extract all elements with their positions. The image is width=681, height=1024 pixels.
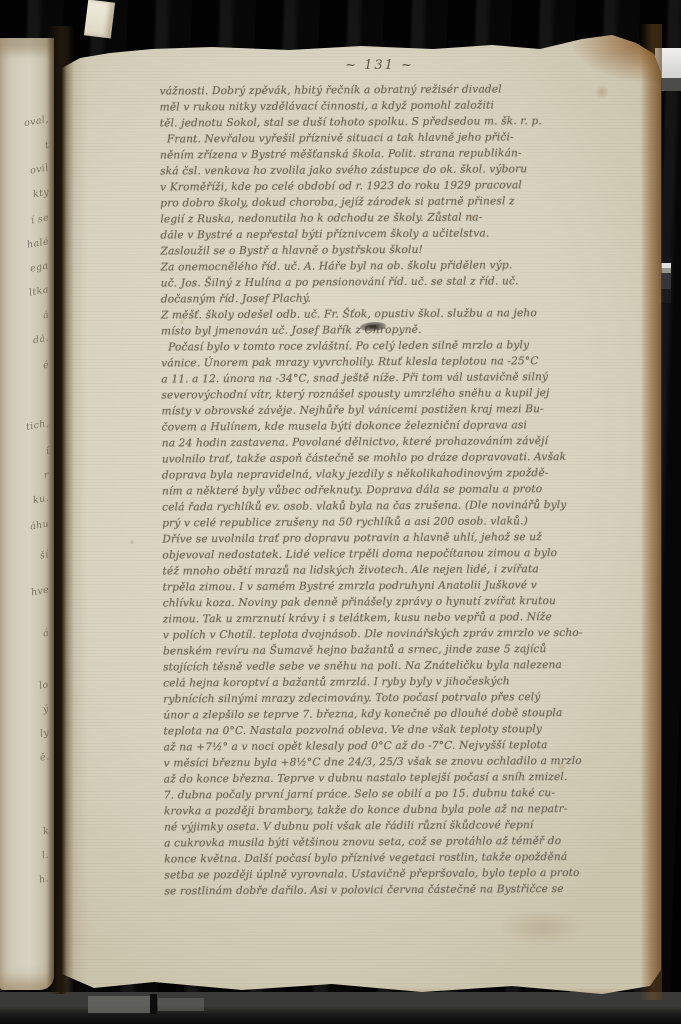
tape-piece xyxy=(158,998,204,1011)
margin-fragment: oval, xyxy=(23,114,49,129)
margin-fragment: í xyxy=(45,446,50,457)
margin-fragment: í se xyxy=(30,213,50,227)
page-number: ~ 131 ~ xyxy=(62,58,661,73)
tape-gap xyxy=(150,994,157,1014)
margin-fragment: ovil xyxy=(29,162,49,176)
margin-fragment: hve xyxy=(30,584,50,598)
margin-fragment: ltka xyxy=(28,284,49,298)
margin-fragment: kty xyxy=(32,187,50,201)
margin-fragment: é xyxy=(42,360,50,372)
book-photograph: oval,tovilktyí sehaléegaltkaádá.étich,ír… xyxy=(0,0,681,1024)
handwritten-line: setba se později úplně vyrovnala. Ustavi… xyxy=(164,865,642,884)
handwritten-line: v polích v Chotíl. teplota dvojnásob. Dl… xyxy=(163,625,641,644)
margin-fragment: ku. xyxy=(32,493,50,507)
margin-fragment: r xyxy=(43,470,50,482)
margin-fragment: lo xyxy=(39,679,50,691)
margin-fragment: ý xyxy=(42,704,50,716)
margin-fragment: l. xyxy=(41,849,50,861)
bookmark-tab xyxy=(84,0,115,39)
margin-fragment: á xyxy=(42,310,50,322)
margin-fragment: ly xyxy=(39,727,50,739)
margin-fragment: h. xyxy=(38,873,50,886)
margin-fragment: halé xyxy=(26,236,50,251)
handwriting-lines: vážnosti. Dobrý zpěvák, hbitý řečník a o… xyxy=(160,81,643,900)
manuscript-page: ~ 131 ~ vážnosti. Dobrý zpěvák, hbitý ře… xyxy=(62,22,661,1002)
facing-page-edge: oval,tovilktyí sehaléegaltkaádá.étich,ír… xyxy=(0,38,54,990)
handwritten-line: v měsíci březnu byla +8½°C dne 24/3, 25/… xyxy=(164,753,642,772)
margin-fragment: t xyxy=(44,140,50,152)
margin-fragment: dá. xyxy=(32,333,50,347)
margin-fragment: á xyxy=(42,628,50,640)
margin-fragment: k xyxy=(42,826,50,838)
tape-piece xyxy=(88,996,152,1013)
margin-fragment: áhu xyxy=(29,518,50,532)
margin-fragment: ší xyxy=(39,549,49,561)
margin-fragment: ega xyxy=(30,260,50,274)
margin-fragment: tich, xyxy=(25,418,50,433)
handwritten-line: se rostlinám dobře dařilo. Asi v polovic… xyxy=(164,881,642,900)
margin-fragment: ě. xyxy=(39,751,50,763)
